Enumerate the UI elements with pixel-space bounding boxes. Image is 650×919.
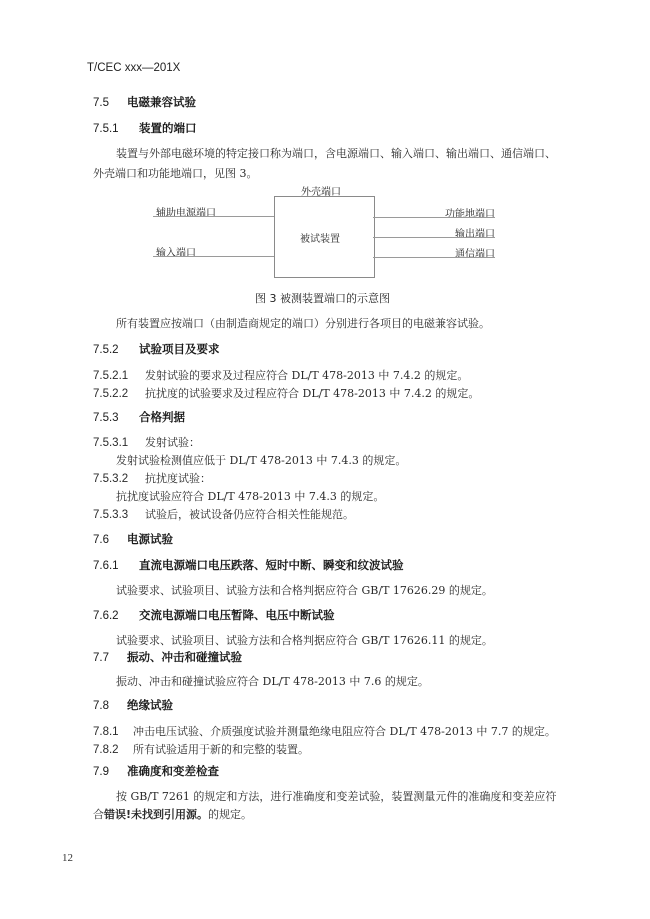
clause-7-5-2-1: 7.5.2.1发射试验的要求及过程应符合 DL/T 478-2013 中 7.4…: [93, 367, 468, 383]
clause-7-5-3-2: 7.5.3.2抗扰度试验：: [93, 470, 211, 486]
text-prefix: 合: [93, 808, 104, 821]
section-number: 7.7: [93, 652, 123, 664]
paragraph-ports-line2: 外壳端口和功能地端口，见图 3。: [93, 165, 258, 181]
paragraph-7-9-line2: 合错误!未找到引用源。的规定。: [93, 806, 252, 822]
section-number: 7.6.1: [93, 560, 135, 572]
section-number: 7.9: [93, 766, 123, 778]
left-port-line: [153, 216, 274, 217]
document-id-header: T/CEC xxx—201X: [87, 62, 180, 74]
section-7-6-1-heading: 7.6.1 直流电源端口电压跌落、短时中断、瞬变和纹波试验: [93, 557, 404, 573]
section-number: 7.8: [93, 700, 123, 712]
section-7-6-heading: 7.6 电源试验: [93, 531, 173, 547]
clause-text: 所有试验适用于新的和完整的装置。: [133, 743, 309, 756]
section-number: 7.5.3: [93, 412, 135, 424]
clause-number: 7.5.2.1: [93, 370, 145, 382]
section-7-7-heading: 7.7 振动、冲击和碰撞试验: [93, 649, 242, 665]
clause-number: 7.5.2.2: [93, 388, 145, 400]
section-7-9-heading: 7.9 准确度和变差检查: [93, 763, 219, 779]
section-7-5-2-heading: 7.5.2 试验项目及要求: [93, 341, 220, 357]
right-port-line: [373, 217, 495, 218]
section-7-8-heading: 7.8 绝缘试验: [93, 697, 173, 713]
clause-number: 7.8.2: [93, 744, 133, 756]
device-under-test-label: 被试装置: [300, 230, 340, 245]
paragraph-ports-line1: 装置与外部电磁环境的特定接口称为端口，含电源端口、输入端口、输出端口、通信端口、: [116, 145, 556, 161]
section-number: 7.5: [93, 97, 123, 109]
section-title: 直流电源端口电压跌落、短时中断、瞬变和纹波试验: [139, 558, 404, 572]
clause-number: 7.5.3.1: [93, 437, 145, 449]
clause-7-5-3-1-detail: 发射试验检测值应低于 DL/T 478-2013 中 7.4.3 的规定。: [116, 452, 406, 468]
clause-7-5-3-2-detail: 抗扰度试验应符合 DL/T 478-2013 中 7.4.3 的规定。: [116, 488, 384, 504]
section-title: 装置的端口: [139, 121, 197, 135]
clause-number: 7.8.1: [93, 726, 133, 738]
paragraph-7-6-1: 试验要求、试验项目、试验方法和合格判据应符合 GB/T 17626.29 的规定…: [116, 582, 493, 598]
section-number: 7.6.2: [93, 610, 135, 622]
clause-7-8-2: 7.8.2所有试验适用于新的和完整的装置。: [93, 741, 309, 757]
clause-text: 试验后，被试设备仍应符合相关性能规范。: [145, 508, 354, 521]
clause-text: 抗扰度的试验要求及过程应符合 DL/T 478-2013 中 7.4.2 的规定…: [145, 387, 479, 400]
section-number: 7.5.2: [93, 344, 135, 356]
section-7-5-heading: 7.5 电磁兼容试验: [93, 94, 196, 110]
section-7-5-1-heading: 7.5.1 装置的端口: [93, 120, 197, 136]
paragraph-7-6-2: 试验要求、试验项目、试验方法和合格判据应符合 GB/T 17626.11 的规定…: [116, 632, 493, 648]
clause-number: 7.5.3.3: [93, 509, 145, 521]
clause-7-5-3-1: 7.5.3.1发射试验：: [93, 434, 200, 450]
clause-text: 发射试验的要求及过程应符合 DL/T 478-2013 中 7.4.2 的规定。: [145, 369, 468, 382]
section-title: 电磁兼容试验: [127, 95, 196, 109]
section-number: 7.6: [93, 534, 123, 546]
clause-7-5-3-3: 7.5.3.3试验后，被试设备仍应符合相关性能规范。: [93, 506, 354, 522]
paragraph-all-ports: 所有装置应按端口（由制造商规定的端口）分别进行各项目的电磁兼容试验。: [116, 315, 490, 331]
clause-number: 7.5.3.2: [93, 473, 145, 485]
clause-text: 冲击电压试验、介质强度试验并测量绝缘电阻应符合 DL/T 478-2013 中 …: [133, 725, 556, 738]
section-7-5-3-heading: 7.5.3 合格判据: [93, 409, 185, 425]
section-title: 交流电源端口电压暂降、电压中断试验: [139, 608, 335, 622]
page-number: 12: [62, 852, 73, 864]
clause-7-5-2-2: 7.5.2.2抗扰度的试验要求及过程应符合 DL/T 478-2013 中 7.…: [93, 385, 479, 401]
paragraph-7-7: 振动、冲击和碰撞试验应符合 DL/T 478-2013 中 7.6 的规定。: [116, 673, 429, 689]
clause-text: 抗扰度试验：: [145, 472, 211, 485]
clause-7-8-1: 7.8.1冲击电压试验、介质强度试验并测量绝缘电阻应符合 DL/T 478-20…: [93, 723, 556, 739]
right-port-line: [373, 257, 495, 258]
broken-reference-error: 错误!未找到引用源。: [104, 808, 208, 821]
section-title: 合格判据: [139, 410, 185, 424]
right-port-line: [373, 237, 495, 238]
section-title: 振动、冲击和碰撞试验: [127, 650, 242, 664]
text-suffix: 的规定。: [208, 808, 252, 821]
section-title: 试验项目及要求: [139, 342, 220, 356]
clause-text: 发射试验：: [145, 436, 200, 449]
section-title: 准确度和变差检查: [127, 764, 219, 778]
section-title: 电源试验: [127, 532, 173, 546]
section-title: 绝缘试验: [127, 698, 173, 712]
left-port-line: [153, 256, 274, 257]
section-7-6-2-heading: 7.6.2 交流电源端口电压暂降、电压中断试验: [93, 607, 335, 623]
section-number: 7.5.1: [93, 123, 135, 135]
paragraph-7-9-line1: 按 GB/T 7261 的规定和方法，进行准确度和变差试验，装置测量元件的准确度…: [116, 788, 556, 804]
figure-caption: 图 3 被测装置端口的示意图: [255, 290, 390, 306]
